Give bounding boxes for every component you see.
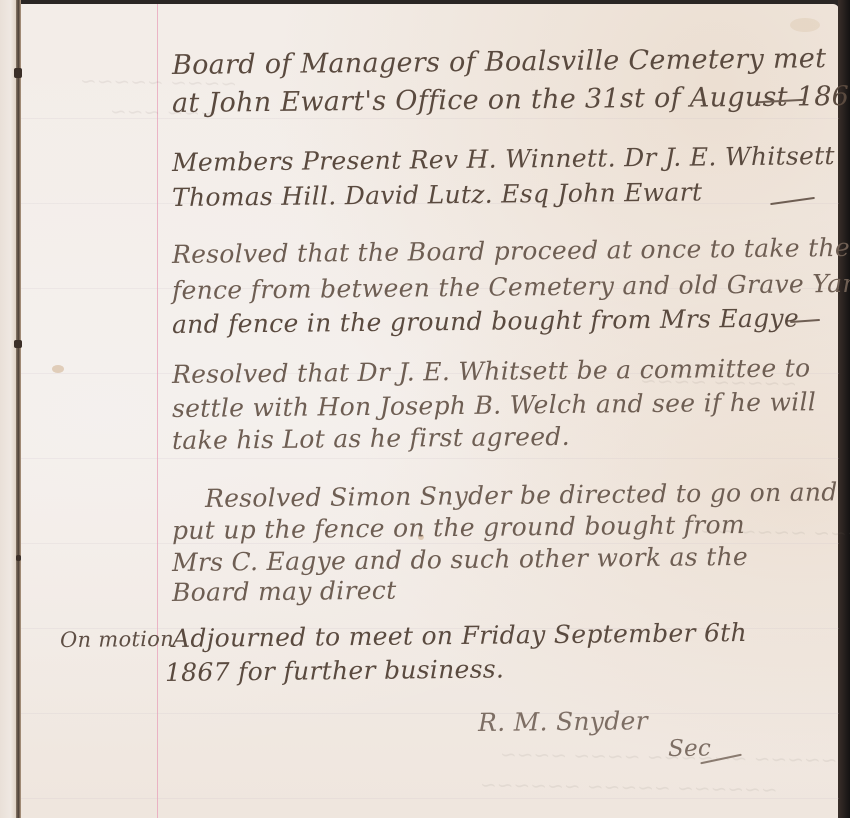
- book-gutter: [16, 0, 21, 818]
- document-scan: ~~~~ ~~~~~ ~~~ ~~~ ~~~~~ ~~~~ ~~~ ~~~~ ~…: [0, 0, 850, 818]
- paper-stain: [790, 18, 820, 32]
- members-line-2: Thomas Hill. David Lutz. Esq John Ewart: [172, 177, 703, 212]
- adjournment-line-2: 1867 for further business.: [165, 654, 504, 687]
- margin-note: On motion: [60, 627, 174, 652]
- binding-stitch-mark: [16, 555, 21, 561]
- binding-stitch-mark: [14, 340, 22, 348]
- signature-name: R. M. Snyder: [478, 706, 648, 737]
- resolution-3-line-2: put up the fence on the ground bought fr…: [172, 510, 745, 545]
- resolution-3-line-4: Board may direct: [172, 576, 397, 607]
- ruled-line: [21, 458, 839, 459]
- margin-rule: [157, 4, 158, 818]
- book-cover-edge: [838, 0, 850, 818]
- adjournment-line-1: Adjourned to meet on Friday September 6t…: [172, 618, 747, 653]
- resolution-2-line-3: take his Lot as he first agreed.: [172, 422, 570, 455]
- binding-stitch-mark: [14, 68, 22, 78]
- paper-stain: [52, 365, 64, 373]
- signature-title: Sec: [668, 736, 711, 762]
- resolution-3-line-3: Mrs C. Eagye and do such other work as t…: [172, 542, 748, 577]
- ruled-line: [21, 713, 839, 714]
